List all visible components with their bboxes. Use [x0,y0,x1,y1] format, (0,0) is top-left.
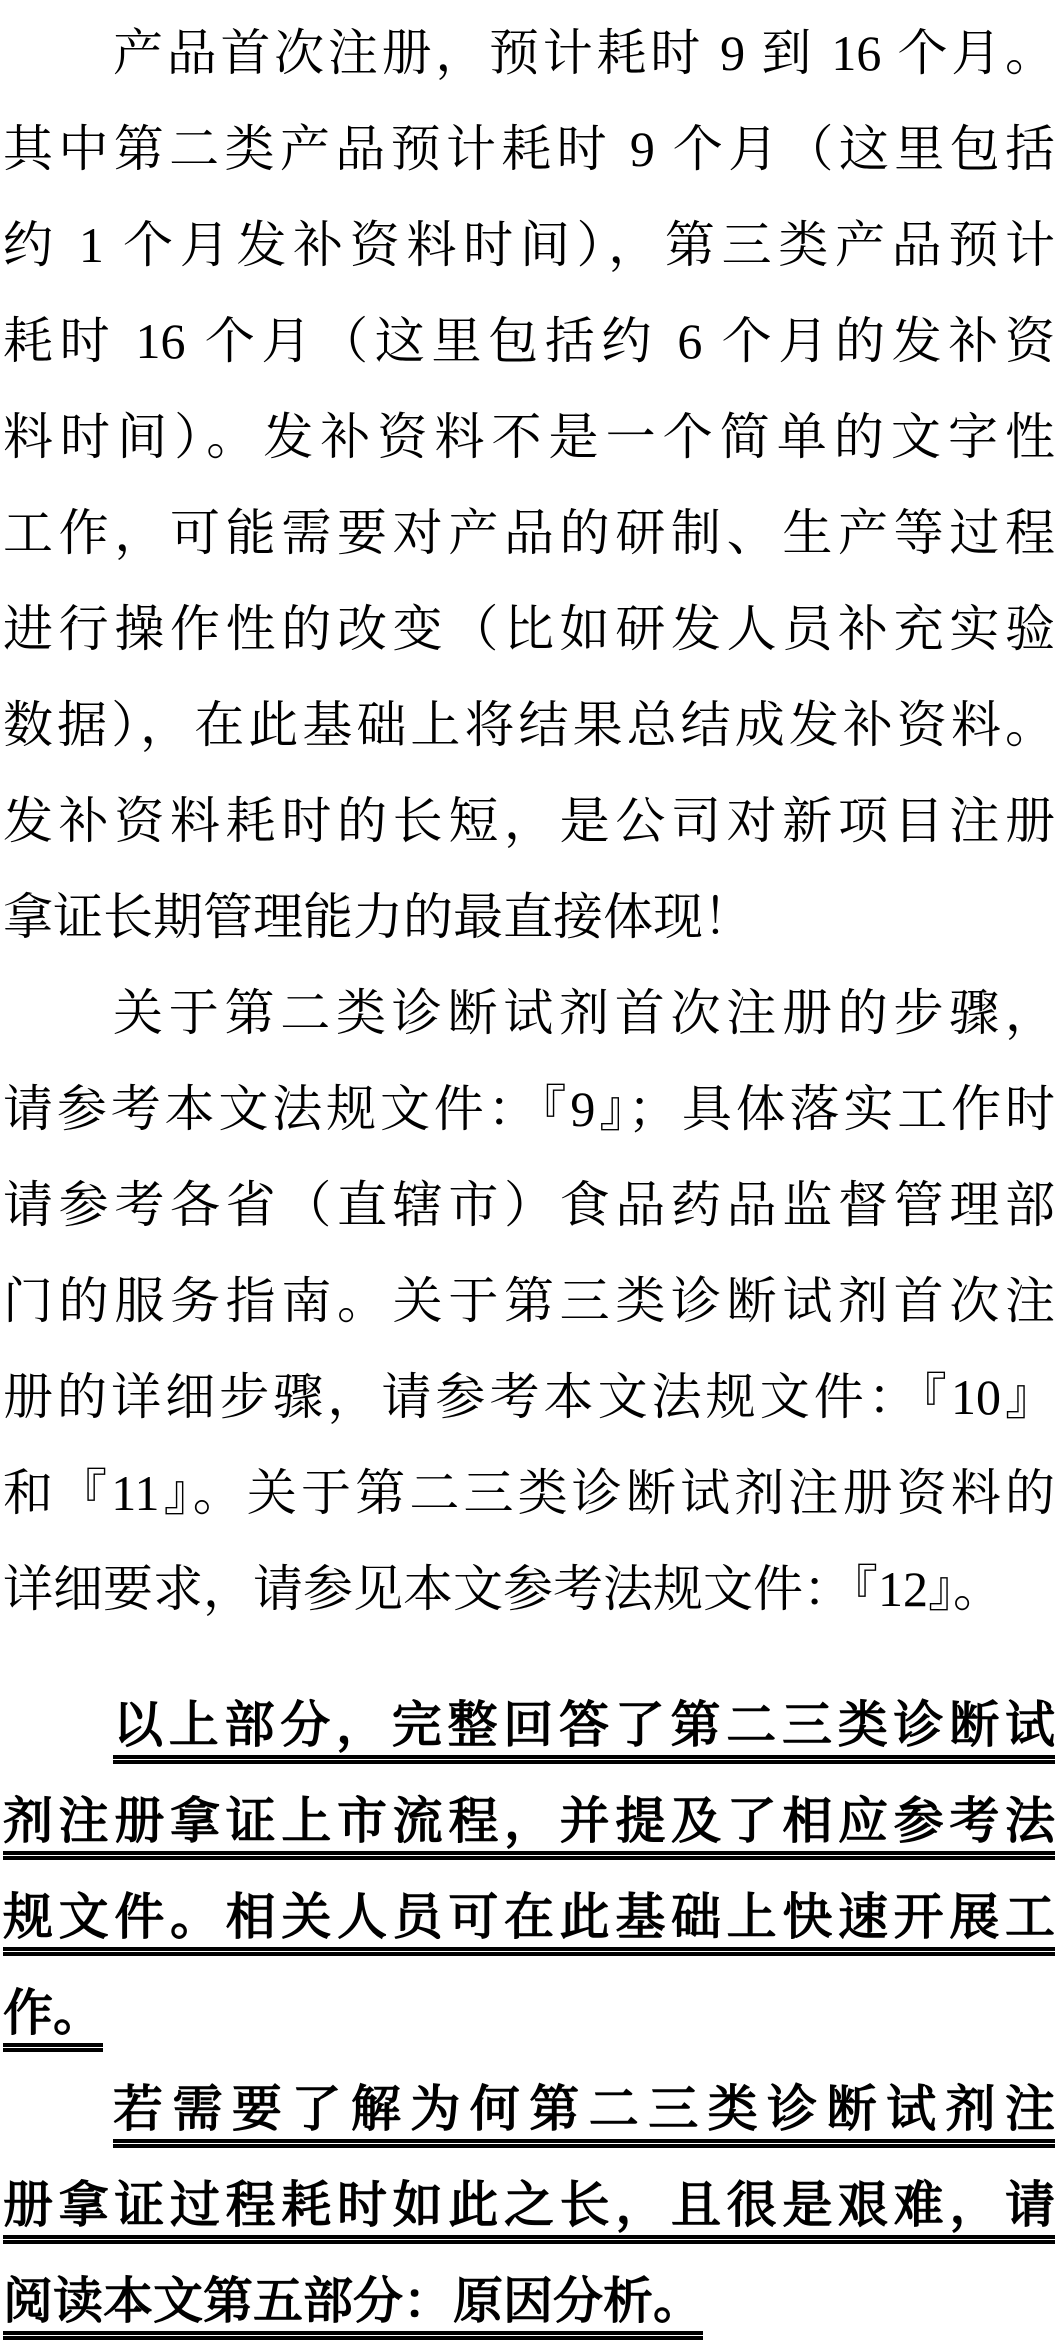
text-line: 约 1 个月发补资料时间），第三类产品预计 [3,197,1055,293]
text-line: 发补资料耗时的长短，是公司对新项目注册 [3,773,1055,869]
text-line: 和『11』。关于第二三类诊断试剂注册资料的 [3,1445,1055,1541]
text-line: 数据），在此基础上将结果总结成发补资料。 [3,677,1055,773]
text-line: 关于第二类诊断试剂首次注册的步骤， [3,965,1055,1061]
text-line: 作。 [3,1965,1055,2061]
text-line: 产品首次注册，预计耗时 9 到 16 个月。 [3,5,1055,101]
text-line: 门的服务指南。关于第三类诊断试剂首次注 [3,1253,1055,1349]
text-line: 进行操作性的改变（比如研发人员补充实验 [3,581,1055,677]
text-line: 耗时 16 个月（这里包括约 6 个月的发补资 [3,293,1055,389]
text-line: 册的详细步骤，请参考本文法规文件：『10』 [3,1349,1055,1445]
paragraph-reference-documents: 关于第二类诊断试剂首次注册的步骤， 请参考本文法规文件：『9』；具体落实工作时 … [3,965,1055,1637]
paragraph-summary-emphasis: 以上部分，完整回答了第二三类诊断试 剂注册拿证上市流程，并提及了相应参考法 规文… [3,1677,1055,2061]
paragraph-registration-duration: 产品首次注册，预计耗时 9 到 16 个月。 其中第二类产品预计耗时 9 个月（… [3,5,1055,965]
text-line: 请参考各省（直辖市）食品药品监督管理部 [3,1157,1055,1253]
text-line: 拿证长期管理能力的最直接体现！ [3,869,1055,965]
text-line: 规文件。相关人员可在此基础上快速开展工 [3,1869,1055,1965]
text-line: 以上部分，完整回答了第二三类诊断试 [3,1677,1055,1773]
text-line: 若需要了解为何第二三类诊断试剂注 [3,2061,1055,2157]
paragraph-reason-pointer-emphasis: 若需要了解为何第二三类诊断试剂注 册拿证过程耗时如此之长，且很是艰难，请 阅读本… [3,2061,1055,2348]
text-line: 详细要求，请参见本文参考法规文件：『12』。 [3,1541,1055,1637]
text-line: 剂注册拿证上市流程，并提及了相应参考法 [3,1773,1055,1869]
text-line: 工作，可能需要对产品的研制、生产等过程 [3,485,1055,581]
text-line: 其中第二类产品预计耗时 9 个月（这里包括 [3,101,1055,197]
text-line: 料时间）。发补资料不是一个简单的文字性 [3,389,1055,485]
text-line: 请参考本文法规文件：『9』；具体落实工作时 [3,1061,1055,1157]
document-page: 产品首次注册，预计耗时 9 到 16 个月。 其中第二类产品预计耗时 9 个月（… [0,0,1058,2348]
text-line: 册拿证过程耗时如此之长，且很是艰难，请 [3,2157,1055,2253]
text-line: 阅读本文第五部分：原因分析。 [3,2253,1055,2348]
